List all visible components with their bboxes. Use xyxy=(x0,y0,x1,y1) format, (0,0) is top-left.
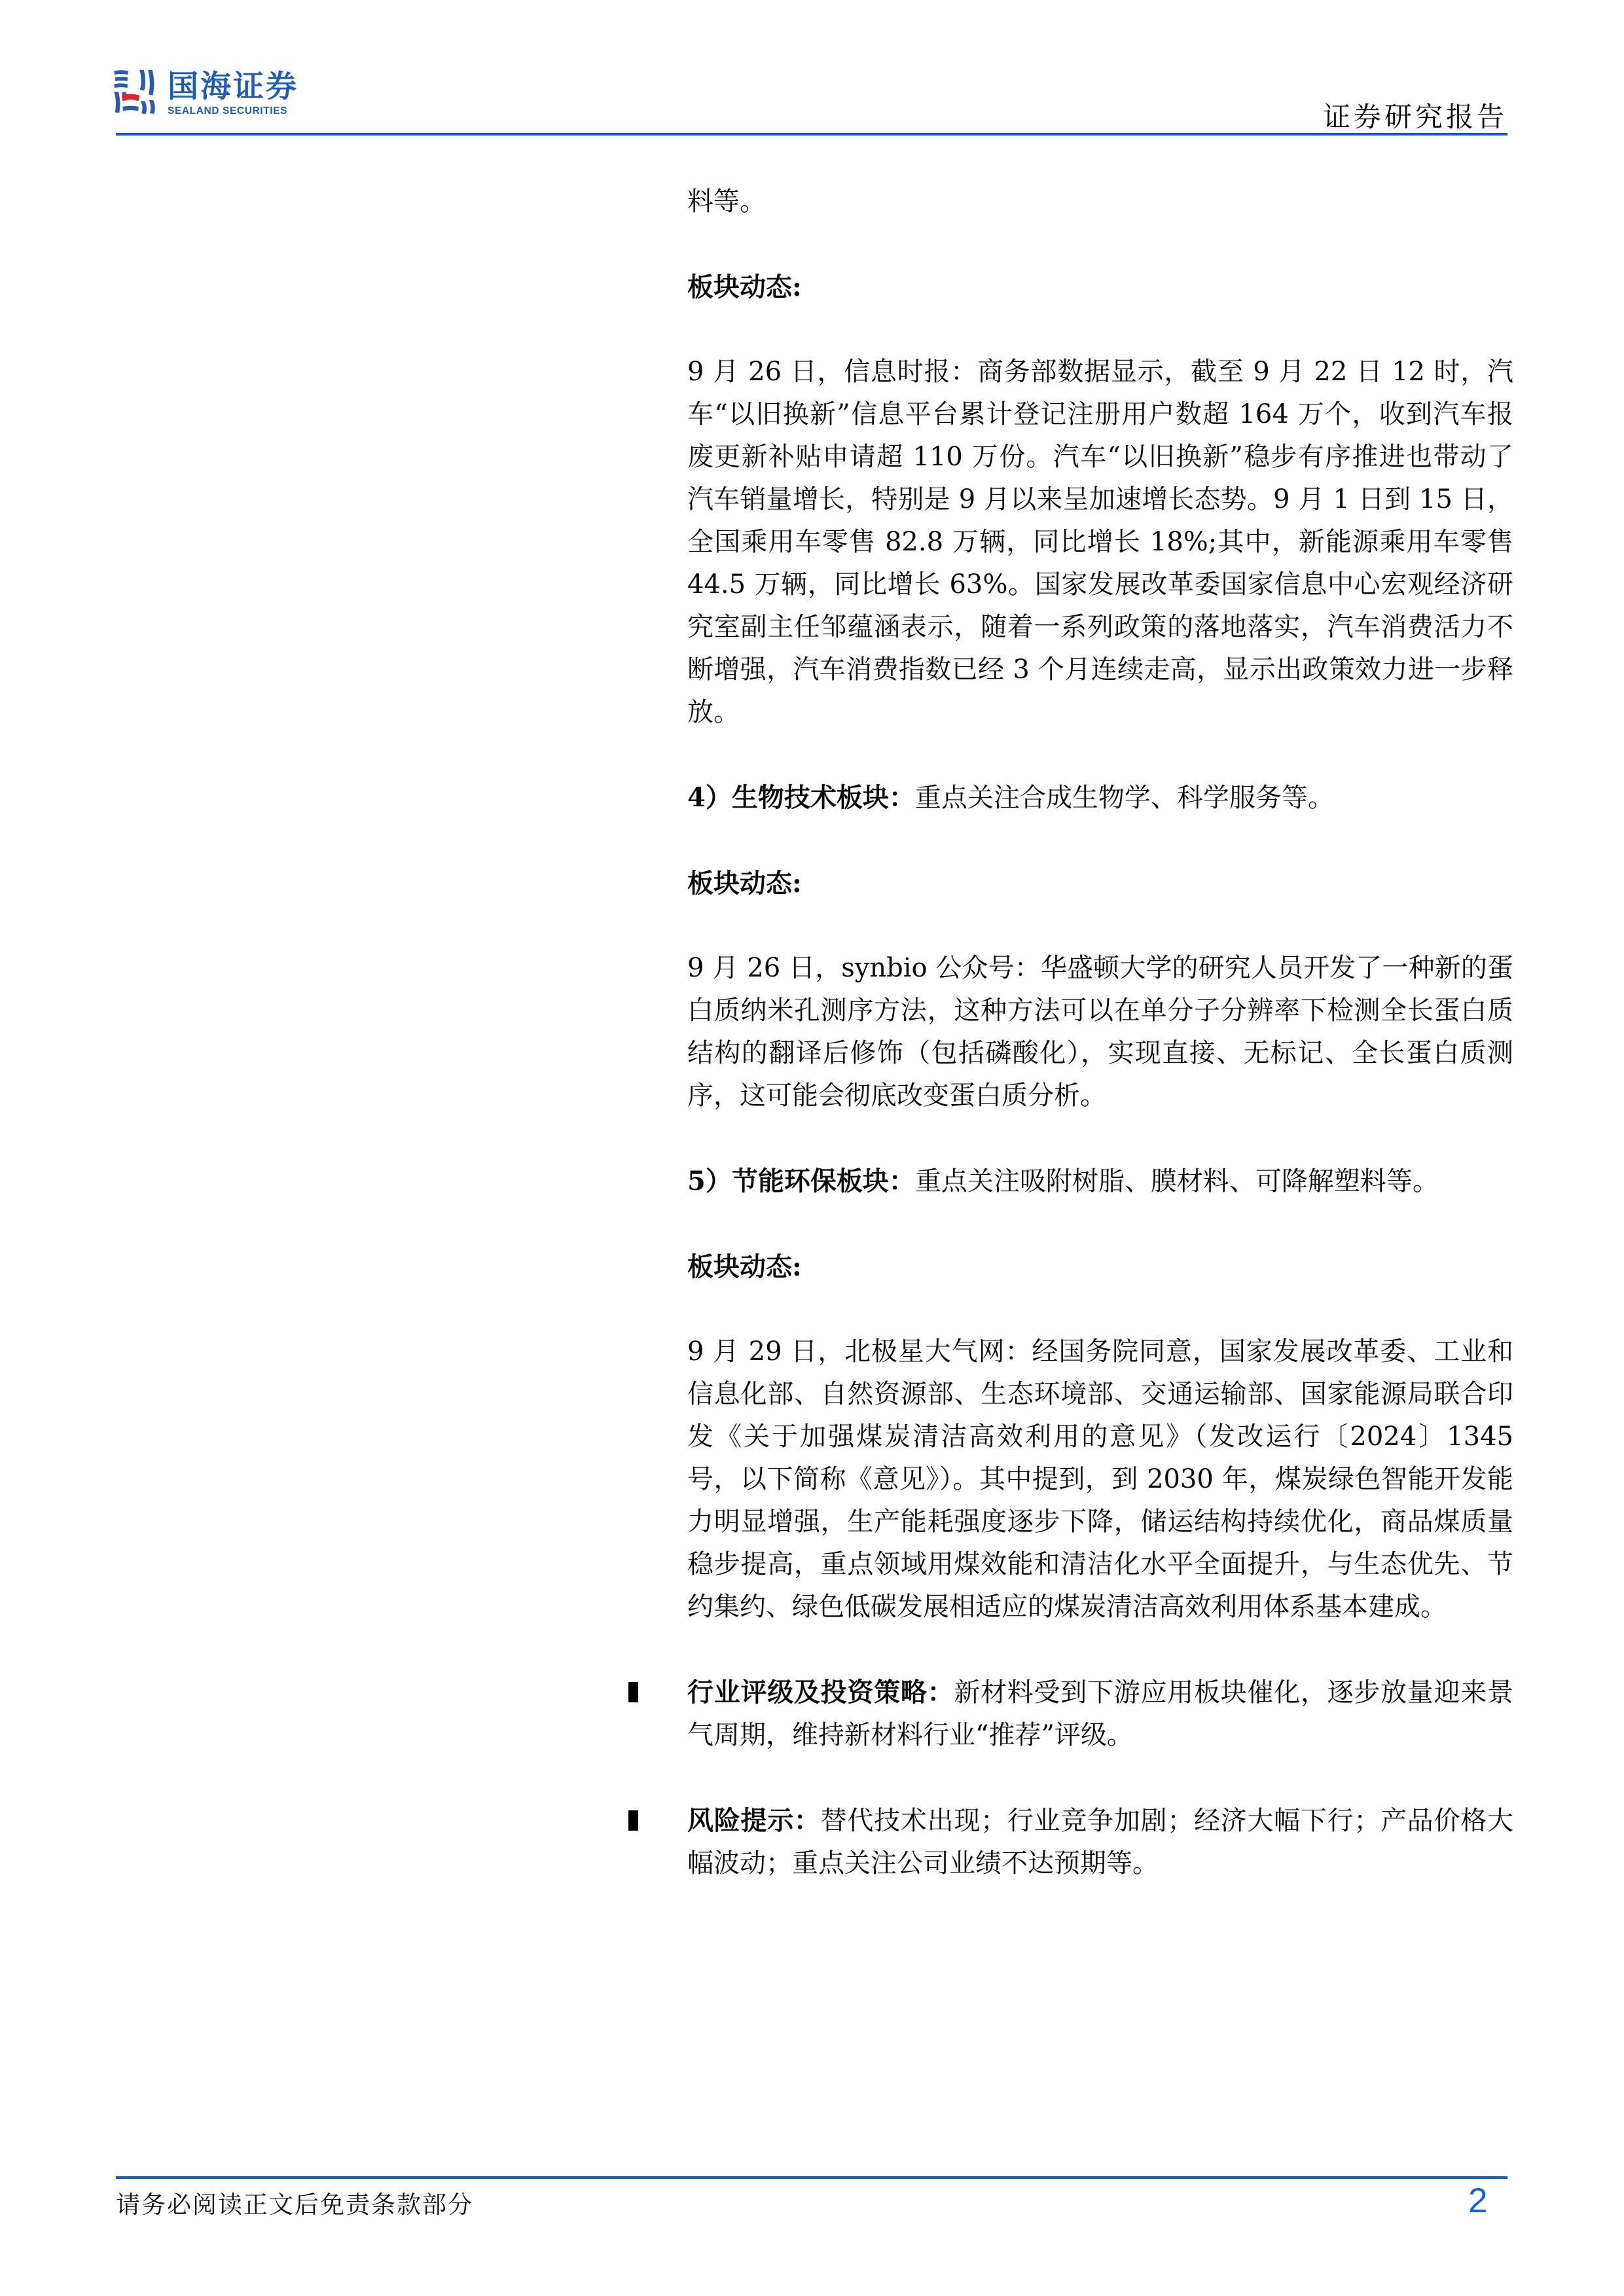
news-paragraph-coal-policy: 9 月 29 日，北极星大气网：经国务院同意，国家发展改革委、工业和信息化部、自… xyxy=(687,1331,1513,1628)
header-divider xyxy=(116,133,1507,135)
section-heading-energy-saving: 5）节能环保板块：重点关注吸附树脂、膜材料、可降解塑料等。 xyxy=(687,1160,1513,1203)
page-number: 2 xyxy=(1468,2181,1487,2221)
section-subhead-dynamics-2: 板块动态: xyxy=(687,862,1513,905)
news-paragraph-synbio: 9 月 26 日，synbio 公众号：华盛顿大学的研究人员开发了一种新的蛋白质… xyxy=(687,947,1513,1117)
report-body: 料等。 板块动态: 9 月 26 日，信息时报：商务部数据显示，截至 9 月 2… xyxy=(687,181,1513,1928)
news-paragraph-auto-trade-in: 9 月 26 日，信息时报：商务部数据显示，截至 9 月 22 日 12 时，汽… xyxy=(687,351,1513,734)
summary-bullet-list: 行业评级及投资策略：新材料受到下游应用板块催化，逐步放量迎来景气周期，维持新材料… xyxy=(687,1671,1513,1885)
bullet-rating-strategy-label: 行业评级及投资策略： xyxy=(687,1677,954,1708)
brand-name-cn: 国海证券 xyxy=(168,71,298,101)
bullet-square-icon xyxy=(628,1682,638,1702)
footer-divider xyxy=(116,2176,1507,2179)
report-page: 国海证券 SEALAND SECURITIES 证券研究报告 料等。 板块动态:… xyxy=(0,0,1624,2296)
section-heading-biotech: 4）生物技术板块：重点关注合成生物学、科学服务等。 xyxy=(687,776,1513,819)
sealand-logo-icon xyxy=(111,68,158,115)
section-heading-biotech-rest: 重点关注合成生物学、科学服务等。 xyxy=(915,783,1334,813)
paragraph-tail-fragment: 料等。 xyxy=(687,181,1513,223)
brand-name-en: SEALAND SECURITIES xyxy=(168,105,298,117)
brand-logo-text: 国海证券 SEALAND SECURITIES xyxy=(168,68,298,117)
section-subhead-dynamics-1: 板块动态: xyxy=(687,266,1513,308)
bullet-risk-warning-label: 风险提示： xyxy=(687,1805,821,1836)
bullet-square-icon xyxy=(628,1810,638,1831)
bullet-risk-warning: 风险提示：替代技术出现；行业竞争加剧；经济大幅下行；产品价格大幅波动；重点关注公… xyxy=(687,1799,1513,1885)
bullet-rating-strategy: 行业评级及投资策略：新材料受到下游应用板块催化，逐步放量迎来景气周期，维持新材料… xyxy=(687,1671,1513,1757)
footer-disclaimer: 请务必阅读正文后免责条款部分 xyxy=(116,2185,473,2220)
section-heading-energy-saving-bold: 5）节能环保板块： xyxy=(687,1166,915,1196)
section-subhead-dynamics-3: 板块动态: xyxy=(687,1246,1513,1288)
section-heading-biotech-bold: 4）生物技术板块： xyxy=(687,782,915,813)
brand-logo: 国海证券 SEALAND SECURITIES xyxy=(111,68,298,117)
section-heading-energy-saving-rest: 重点关注吸附树脂、膜材料、可降解塑料等。 xyxy=(915,1166,1439,1196)
report-type-label: 证券研究报告 xyxy=(1323,96,1507,135)
